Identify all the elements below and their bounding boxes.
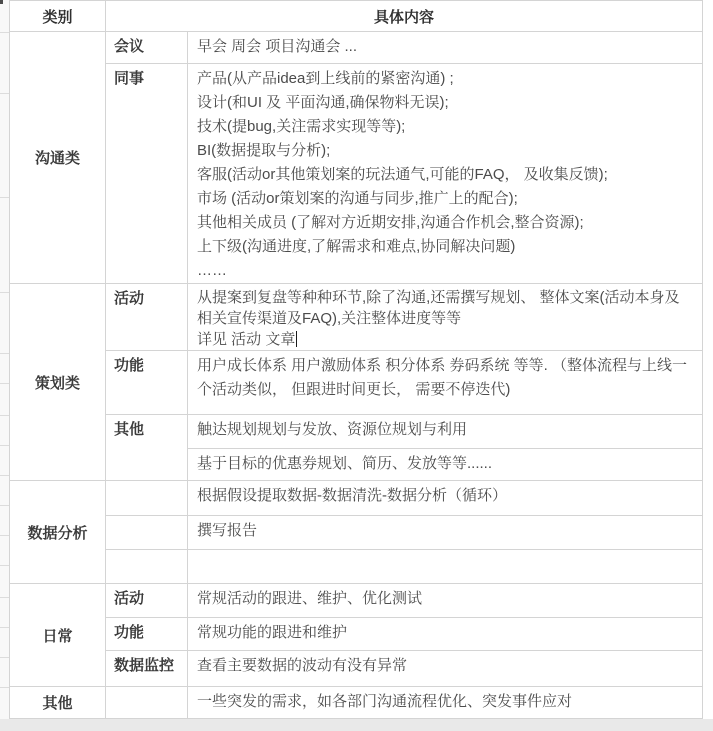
subcategory-cell-empty[interactable] [106,516,188,550]
header-cell-category[interactable]: 类别 [10,1,106,32]
category-cell-planning[interactable]: 策划类 [10,284,106,481]
content-cell-data-monitor[interactable]: 查看主要数据的波动有没有异常 [188,651,703,687]
gutter-gridline [0,383,9,384]
text-caret [296,331,297,347]
content-cell-meeting[interactable]: 早会 周会 项目沟通会 ... [188,32,703,64]
subcategory-text: 其他 [114,418,185,442]
gutter-gridline [0,445,9,446]
content-text: 查看主要数据的波动有没有异常 [197,654,692,678]
gutter-gridline [0,415,9,416]
content-cell-daily-activity[interactable]: 常规活动的跟进、维护、优化测试 [188,584,703,618]
subcategory-text: 功能 [114,621,185,645]
subcategory-text: 同事 [114,67,185,91]
content-cell-colleagues[interactable]: 产品(从产品idea到上线前的紧密沟通) ; 设计(和UI 及 平面沟通,确保物… [188,64,703,284]
gutter-gridline [0,197,9,198]
subcategory-cell-empty[interactable] [106,687,188,719]
content-text: 一些突发的需求，如各部门沟通流程优化、突发事件应对 [197,690,692,714]
gutter-gridline [0,32,9,33]
content-text: 用户成长体系 用户激励体系 积分体系 券码系统 等等. （整体流程与上线一个活动… [197,354,692,402]
content-text: 详见 活动 文章 [197,331,295,348]
gutter-gridline [0,565,9,566]
category-cell-data-analysis[interactable]: 数据分析 [10,481,106,584]
gutter-gridline [0,93,9,94]
corner-block [0,0,3,4]
content-cell-reach-planning[interactable]: 触达规划规划与发放、资源位规划与利用 [188,415,703,449]
document-table-view: 类别 具体内容 沟通类 会议 早会 周会 项目沟通会 ... 同事 产品(从产品… [0,0,713,731]
category-cell-daily[interactable]: 日常 [10,584,106,687]
content-text: 基于目标的优惠券规划、简历、发放等等...... [197,452,692,476]
gutter-gridline [0,657,9,658]
bottom-area [0,719,713,731]
content-cell-data-extract[interactable]: 根据假设提取数据-数据清洗-数据分析（循环） [188,481,703,516]
content-text: 根据假设提取数据-数据清洗-数据分析（循环） [197,484,692,508]
left-gutter [0,0,9,719]
content-cell-report[interactable]: 撰写报告 [188,516,703,550]
subcategory-text: 会议 [114,35,185,59]
subcategory-cell-data-monitor[interactable]: 数据监控 [106,651,188,687]
subcategory-text: 功能 [114,354,185,378]
gutter-gridline [0,353,9,354]
category-cell-other[interactable]: 其他 [10,687,106,719]
subcategory-cell-function[interactable]: 功能 [106,351,188,415]
content-cell-coupon-planning[interactable]: 基于目标的优惠券规划、简历、发放等等...... [188,449,703,481]
gutter-gridline [0,627,9,628]
gutter-gridline [0,687,9,688]
gutter-gridline [0,292,9,293]
subcategory-cell-daily-activity[interactable]: 活动 [106,584,188,618]
content-cell-daily-function[interactable]: 常规功能的跟进和维护 [188,618,703,651]
subcategory-text: 数据监控 [114,654,185,678]
content-cell-urgent-needs[interactable]: 一些突发的需求，如各部门沟通流程优化、突发事件应对 [188,687,703,719]
gutter-gridline [0,505,9,506]
subcategory-cell-activity[interactable]: 活动 [106,284,188,351]
subcategory-text: 活动 [114,287,185,311]
subcategory-cell-other-planning[interactable]: 其他 [106,415,188,481]
content-cell-activity[interactable]: 从提案到复盘等种种环节,除了沟通,还需撰写规划、 整体文案(活动本身及相关宣传渠… [188,284,703,351]
subcategory-cell-colleagues[interactable]: 同事 [106,64,188,284]
work-content-table: 类别 具体内容 沟通类 会议 早会 周会 项目沟通会 ... 同事 产品(从产品… [9,0,703,719]
content-cell-empty[interactable] [188,550,703,584]
subcategory-cell-daily-function[interactable]: 功能 [106,618,188,651]
content-text: 产品(从产品idea到上线前的紧密沟通) ; 设计(和UI 及 平面沟通,确保物… [197,67,692,283]
subcategory-text: 活动 [114,587,185,611]
subcategory-cell-empty[interactable] [106,550,188,584]
gutter-gridline [0,475,9,476]
content-text: 撰写报告 [197,519,692,543]
category-cell-communication[interactable]: 沟通类 [10,32,106,284]
content-text: 从提案到复盘等种种环节,除了沟通,还需撰写规划、 整体文案(活动本身及相关宣传渠… [197,289,680,327]
gutter-gridline [0,535,9,536]
header-cell-content[interactable]: 具体内容 [106,1,703,32]
subcategory-cell-empty[interactable] [106,481,188,516]
content-text: 常规活动的跟进、维护、优化测试 [197,587,692,611]
content-cell-function[interactable]: 用户成长体系 用户激励体系 积分体系 券码系统 等等. （整体流程与上线一个活动… [188,351,703,415]
content-text: 触达规划规划与发放、资源位规划与利用 [197,418,692,442]
gutter-gridline [0,597,9,598]
content-text: 早会 周会 项目沟通会 ... [197,35,692,59]
subcategory-cell-meeting[interactable]: 会议 [106,32,188,64]
content-text: 常规功能的跟进和维护 [197,621,692,645]
